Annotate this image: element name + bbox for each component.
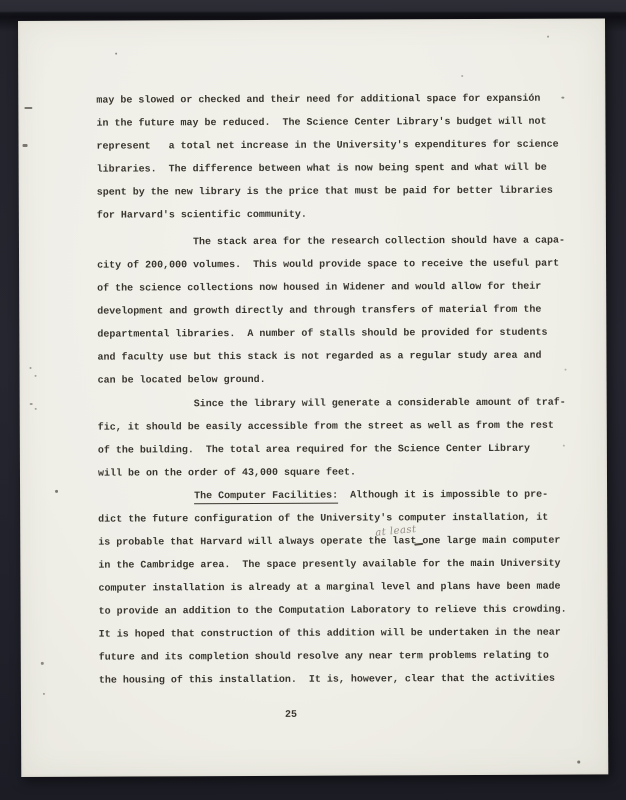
paragraph: may be slowed or checked and their need … <box>96 88 583 228</box>
typewritten-line: It is hoped that construction of this ad… <box>99 622 585 647</box>
paper-speck <box>461 75 463 77</box>
paper-speck <box>547 36 549 38</box>
typewritten-line: can be located below ground. <box>98 368 584 393</box>
typewritten-line: in the future may be reduced. The Scienc… <box>96 111 582 136</box>
typewritten-line: computer installation is already at a ma… <box>98 576 584 601</box>
typewritten-line: and faculty use but this stack is not re… <box>97 345 583 370</box>
typewritten-line: in the Cambridge area. The space present… <box>98 553 584 578</box>
paper-speck <box>35 375 37 377</box>
edge-mark <box>23 144 28 147</box>
paper-speck <box>563 445 565 447</box>
paragraph: The stack area for the research collecti… <box>97 230 584 393</box>
page-number: 25 <box>261 710 321 721</box>
typewritten-line: will be on the order of 43,000 square fe… <box>98 461 584 486</box>
typewritten-line: for Harvard's scientific community. <box>97 203 583 228</box>
typewritten-line: Since the library will generate a consid… <box>98 392 584 417</box>
paragraph: The Computer Facilities: Although it is … <box>98 484 585 693</box>
paper-speck <box>55 490 58 493</box>
typewritten-line: of the science collections now housed in… <box>97 276 583 301</box>
typewritten-line: development and growth directly and thro… <box>97 299 583 324</box>
typewritten-line: The Computer Facilities: Although it is … <box>98 484 584 509</box>
paper-speck <box>43 693 45 695</box>
paragraph: Since the library will generate a consid… <box>98 392 584 486</box>
typewritten-line: city of 200,000 volumes. This would prov… <box>97 253 583 278</box>
typewritten-line: departmental libraries. A number of stal… <box>97 322 583 347</box>
typewritten-line: the housing of this installation. It is,… <box>99 668 585 693</box>
typewritten-line: future and its completion should resolve… <box>99 645 585 670</box>
paper-speck <box>561 97 564 99</box>
typewritten-line: is probable that Harvard will always ope… <box>98 530 584 555</box>
paper-speck <box>577 761 580 764</box>
typewritten-line: represent a total net increase in the Un… <box>97 134 583 159</box>
typewritten-line: libraries. The difference between what i… <box>97 157 583 182</box>
paper-speck <box>115 53 117 55</box>
paper-speck <box>41 662 44 665</box>
heading-line-rest: Although it is impossible to pre- <box>338 490 548 502</box>
typewritten-line: dict the future configuration of the Uni… <box>98 507 584 532</box>
indent <box>98 491 194 502</box>
edge-mark <box>24 107 32 109</box>
typewritten-line: fic, it should be easily accessible from… <box>98 415 584 440</box>
typewritten-line: The stack area for the research collecti… <box>97 230 583 255</box>
paper-speck <box>35 408 37 410</box>
paper-speck <box>30 403 33 405</box>
typewritten-line: of the building. The total area required… <box>98 438 584 463</box>
typewritten-line: may be slowed or checked and their need … <box>96 88 582 113</box>
document-page: may be slowed or checked and their need … <box>18 18 608 777</box>
typewritten-line: to provide an addition to the Computatio… <box>99 599 585 624</box>
paper-speck <box>30 367 32 369</box>
underlined-heading: The Computer Facilities: <box>194 491 338 505</box>
paper-speck <box>565 369 567 371</box>
typewritten-line: spent by the new library is the price th… <box>97 180 583 205</box>
